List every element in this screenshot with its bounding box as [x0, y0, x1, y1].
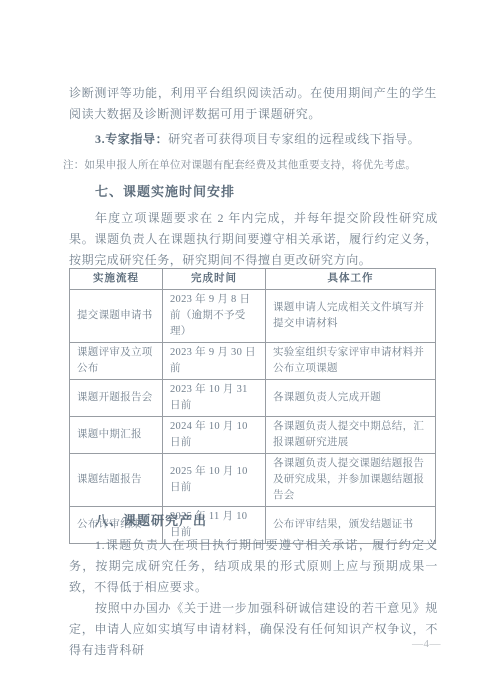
cell-work: 课题申请人完成相关文件填写并提交申请材料 — [266, 290, 436, 343]
document-page: 诊断测评等功能，利用平台组织阅读活动。在使用期间产生的学生阅读大数据及诊断测评数… — [0, 0, 492, 700]
section-8-paragraph-1: 1.课题负责人在项目执行期间要遵守相关承诺，履行约定义务，按期完成研究任务，结项… — [69, 535, 438, 598]
cell-process: 课题结题报告 — [70, 454, 163, 507]
page-number: —4— — [412, 638, 441, 650]
table-header-row: 实施流程 完成时间 具体工作 — [70, 269, 436, 290]
cell-process: 课题开题报告会 — [70, 380, 163, 417]
schedule-table: 实施流程 完成时间 具体工作 提交课题申请书 2023 年 9 月 8 日前（逾… — [69, 268, 436, 544]
cell-deadline: 2025 年 10 月 10 日前 — [163, 454, 266, 507]
cell-work: 各课题负责人提交课题结题报告及研究成果，并参加课题结题报告会 — [266, 454, 436, 507]
section-8-title: 八、课题研究产出 — [95, 510, 207, 529]
table-row: 课题开题报告会 2023 年 10 月 31 日前 各课题负责人完成开题 — [70, 380, 436, 417]
cell-deadline: 2023 年 9 月 30 日前 — [163, 343, 266, 380]
section-8-paragraph-2: 按照中办国办《关于进一步加强科研诚信建设的若干意见》规定，申请人应如实填写申请材… — [69, 598, 438, 661]
cell-work: 各课题负责人提交中期总结，汇报课题研究进展 — [266, 417, 436, 454]
expert-guidance-text: 研究者可获得项目专家组的远程或线下指导。 — [168, 132, 420, 146]
section-7-title: 七、课题实施时间安排 — [95, 181, 235, 200]
header-cell-deadline: 完成时间 — [163, 269, 266, 290]
expert-guidance-label: 3.专家指导： — [95, 132, 168, 146]
top-paragraph: 诊断测评等功能，利用平台组织阅读活动。在使用期间产生的学生阅读大数据及诊断测评数… — [69, 83, 437, 125]
header-cell-process: 实施流程 — [70, 269, 163, 290]
cell-deadline: 2023 年 10 月 31 日前 — [163, 380, 266, 417]
header-cell-work: 具体工作 — [266, 269, 436, 290]
cell-process: 提交课题申请书 — [70, 290, 163, 343]
cell-deadline: 2023 年 9 月 8 日前（逾期不予受理） — [163, 290, 266, 343]
cell-process: 课题评审及立项公布 — [70, 343, 163, 380]
cell-work: 实验室组织专家评审申请材料并公布立项课题 — [266, 343, 436, 380]
table-row: 课题评审及立项公布 2023 年 9 月 30 日前 实验室组织专家评审申请材料… — [70, 343, 436, 380]
footnote: 注：如果申报人所在单位对课题有配套经费及其他重要支持，将优先考虑。 — [63, 157, 443, 172]
table-row: 课题中期汇报 2024 年 10 月 10 日前 各课题负责人提交中期总结，汇报… — [70, 417, 436, 454]
expert-guidance-line: 3.专家指导：研究者可获得项目专家组的远程或线下指导。 — [69, 129, 437, 150]
section-7-paragraph: 年度立项课题要求在 2 年内完成，并每年提交阶段性研究成果。课题负责人在课题执行… — [69, 208, 438, 271]
cell-process: 课题中期汇报 — [70, 417, 163, 454]
cell-deadline: 2024 年 10 月 10 日前 — [163, 417, 266, 454]
cell-work: 各课题负责人完成开题 — [266, 380, 436, 417]
table-row: 课题结题报告 2025 年 10 月 10 日前 各课题负责人提交课题结题报告及… — [70, 454, 436, 507]
table-row: 提交课题申请书 2023 年 9 月 8 日前（逾期不予受理） 课题申请人完成相… — [70, 290, 436, 343]
